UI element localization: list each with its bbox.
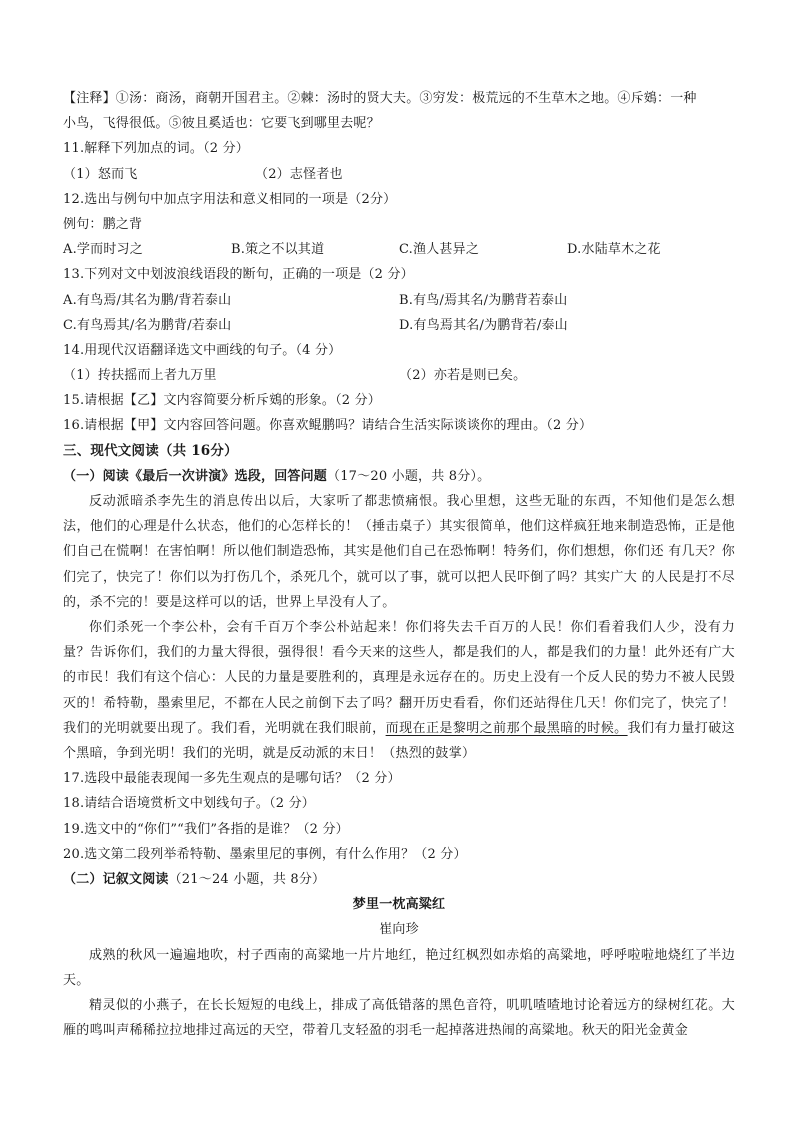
q13-option-b: B.有鸟/焉其名/为鹏背若泰山 bbox=[399, 288, 735, 313]
q12-options: A.学而时习之B.策之不以其道C.渔人甚异之D.水陆草木之花 bbox=[63, 237, 735, 262]
q11-item-2: （2）志怪者也 bbox=[255, 167, 343, 182]
q12-example: 例句：鹏之背 bbox=[63, 212, 735, 237]
q12-option-b: B.策之不以其道 bbox=[231, 237, 399, 262]
q15-stem: 15.请根据【乙】文内容简要分析斥鴳的形象。（2 分） bbox=[63, 388, 735, 413]
q14-items: （1）抟扶摇而上者九万里（2）亦若是则已矣。 bbox=[63, 363, 735, 388]
article-paragraph-1: 成熟的秋风一遍遍地吹，村子西南的高粱地一片片地红，艳过红枫烈如赤焰的高粱地，呼呼… bbox=[63, 943, 735, 993]
speech-paragraph-2-before: 你们杀死一个李公朴，会有千百万个李公朴站起来！你们将失去千百万的人民！你们看着我… bbox=[63, 620, 735, 736]
q11-item-1: （1）怒而飞 bbox=[63, 162, 255, 187]
q17-stem: 17.选段中最能表现闻一多先生观点的是哪句话？（2 分） bbox=[63, 766, 735, 791]
part-2-heading: （二）记叙文阅读（21～24 小题，共 8分） bbox=[63, 867, 735, 892]
q11-items: （1）怒而飞（2）志怪者也 bbox=[63, 162, 735, 187]
article-author: 崔向珍 bbox=[63, 917, 735, 942]
q12-option-c: C.渔人甚异之 bbox=[399, 237, 567, 262]
q13-options-row-1: A.有鸟焉/其名为鹏/背若泰山B.有鸟/焉其名/为鹏背若泰山 bbox=[63, 288, 735, 313]
section-3-title: 三、现代文阅读（共 16分） bbox=[63, 439, 735, 464]
speech-paragraph-2: 你们杀死一个李公朴，会有千百万个李公朴站起来！你们将失去千百万的人民！你们看着我… bbox=[63, 615, 735, 766]
q13-option-a: A.有鸟焉/其名为鹏/背若泰山 bbox=[63, 288, 399, 313]
part-2-subtitle: （21～24 小题，共 8分） bbox=[169, 872, 326, 887]
part-1-subtitle: （17～20 小题，共 8分）。 bbox=[327, 469, 490, 484]
underlined-sentence: 而现在正是黎明之前那个最黑暗的时候。 bbox=[386, 721, 628, 736]
q16-stem: 16.请根据【甲】文内容回答问题。你喜欢鲲鹏吗？请结合生活实际谈谈你的理由。（2… bbox=[63, 413, 735, 438]
q20-stem: 20.选文第二段列举希特勒、墨索里尼的事例，有什么作用？（2 分） bbox=[63, 842, 735, 867]
notes-line-2: 小鸟，飞得很低。⑤彼且奚适也：它要飞到哪里去呢？ bbox=[63, 111, 735, 136]
part-1-heading: （一）阅读《最后一次讲演》选段，回答问题（17～20 小题，共 8分）。 bbox=[63, 464, 735, 489]
part-2-title: （二）记叙文阅读 bbox=[63, 872, 169, 887]
q12-option-a: A.学而时习之 bbox=[63, 237, 231, 262]
article-paragraph-2: 精灵似的小燕子，在长长短短的电线上，排成了高低错落的黑色音符，叽叽喳喳地讨论着远… bbox=[63, 993, 735, 1043]
q13-options-row-2: C.有鸟焉其/名为鹏背/若泰山D.有鸟焉其名/为鹏背若/泰山 bbox=[63, 313, 735, 338]
speech-paragraph-1: 反动派暗杀李先生的消息传出以后，大家听了都悲愤痛恨。我心里想，这些无耻的东西，不… bbox=[63, 489, 735, 615]
article-title: 梦里一枕高粱红 bbox=[63, 892, 735, 917]
exam-page: 【注释】①汤：商汤，商朝开国君主。②棘：汤时的贤大夫。③穷发：极荒远的不生草木之… bbox=[63, 86, 735, 1043]
q12-stem: 12.选出与例句中加点字用法和意义相同的一项是（2分） bbox=[63, 187, 735, 212]
q13-option-c: C.有鸟焉其/名为鹏背/若泰山 bbox=[63, 313, 399, 338]
q18-stem: 18.请结合语境赏析文中划线句子。（2 分） bbox=[63, 791, 735, 816]
notes-line-1: 【注释】①汤：商汤，商朝开国君主。②棘：汤时的贤大夫。③穷发：极荒远的不生草木之… bbox=[63, 86, 735, 111]
q19-stem: 19.选文中的“你们”“我们”各指的是谁？（2 分） bbox=[63, 817, 735, 842]
q14-stem: 14.用现代汉语翻译选文中画线的句子。（4 分） bbox=[63, 338, 735, 363]
q14-item-1: （1）抟扶摇而上者九万里 bbox=[63, 363, 399, 388]
q13-option-d: D.有鸟焉其名/为鹏背若/泰山 bbox=[399, 313, 735, 338]
q14-item-2: （2）亦若是则已矣。 bbox=[399, 363, 735, 388]
q13-stem: 13.下列对文中划波浪线语段的断句，正确的一项是（2 分） bbox=[63, 262, 735, 287]
part-1-title: （一）阅读《最后一次讲演》选段，回答问题 bbox=[63, 469, 327, 484]
q12-option-d: D.水陆草木之花 bbox=[567, 237, 735, 262]
q11-stem: 11.解释下列加点的词。（2 分） bbox=[63, 136, 735, 161]
